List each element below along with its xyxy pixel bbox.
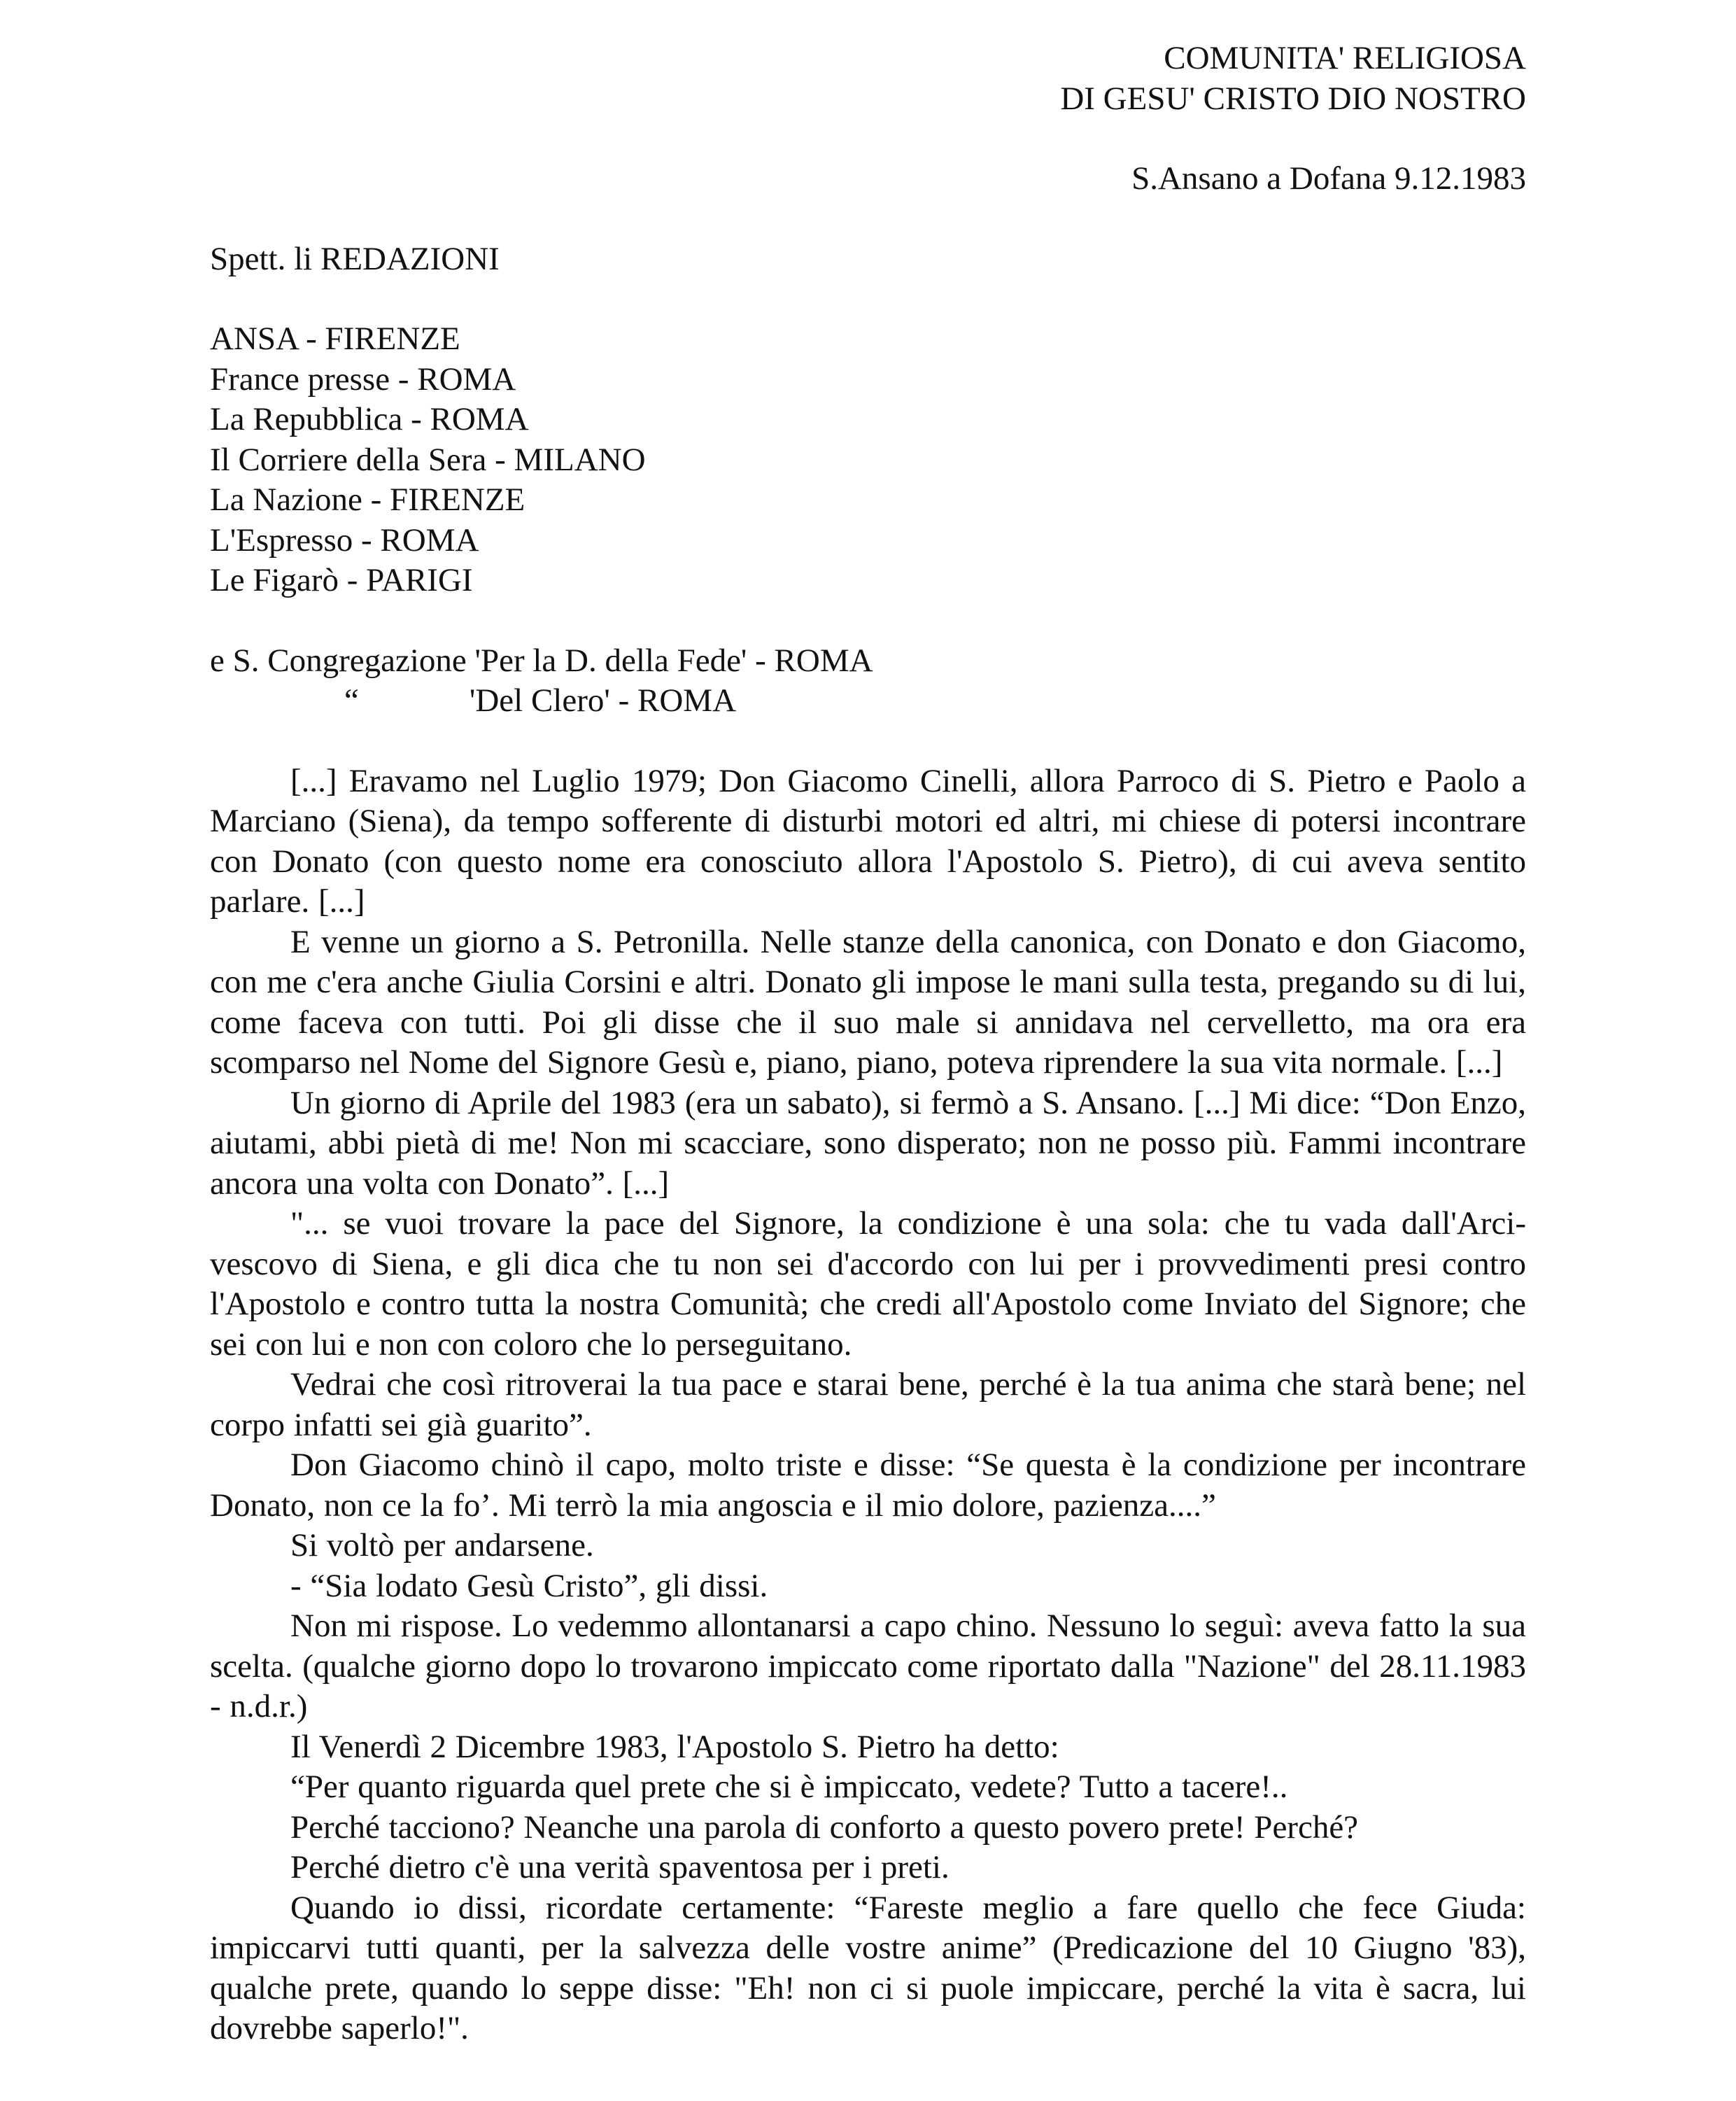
congregation-clero-text: 'Del Clero' - ROMA	[470, 681, 736, 722]
paragraph: Perché tacciono? Neanche una parola di c…	[210, 1808, 1526, 1848]
paragraph: Il Venerdì 2 Dicembre 1983, l'Apostolo S…	[210, 1727, 1526, 1768]
letter-body: [...] Eravamo nel Luglio 1979; Don Giaco…	[210, 761, 1526, 2049]
recipient-line: La Nazione - FIRENZE	[210, 480, 1526, 521]
congregation-line-clero: “'Del Clero' - ROMA	[210, 681, 1526, 722]
recipient-line: France presse - ROMA	[210, 360, 1526, 400]
paragraph: Perché dietro c'è una verità spaventosa …	[210, 1848, 1526, 1888]
salutation: Spett. li REDAZIONI	[210, 239, 1526, 280]
recipient-line: L'Espresso - ROMA	[210, 521, 1526, 561]
paragraph: Un giorno di Aprile del 1983 (era un sab…	[210, 1083, 1526, 1204]
congregation-block: e S. Congregazione 'Per la D. della Fede…	[210, 641, 1526, 722]
letter-page: COMUNITA' RELIGIOSA DI GESU' CRISTO DIO …	[0, 0, 1736, 2101]
recipient-line: Il Corriere della Sera - MILANO	[210, 440, 1526, 481]
recipient-line: La Repubblica - ROMA	[210, 400, 1526, 440]
paragraph: Quando io dissi, ricordate certamente: “…	[210, 1888, 1526, 2049]
paragraph: "... se vuoi trovare la pace del Signore…	[210, 1204, 1526, 1365]
paragraph: [...] Eravamo nel Luglio 1979; Don Giaco…	[210, 761, 1526, 922]
paragraph: “Per quanto riguarda quel prete che si è…	[210, 1767, 1526, 1808]
org-name-line2: DI GESU' CRISTO DIO NOSTRO	[210, 79, 1526, 120]
ditto-mark: “	[344, 681, 359, 722]
recipient-list: ANSA - FIRENZEFrance presse - ROMALa Rep…	[210, 319, 1526, 601]
letterhead: COMUNITA' RELIGIOSA DI GESU' CRISTO DIO …	[210, 38, 1526, 119]
paragraph: E venne un giorno a S. Petronilla. Nelle…	[210, 922, 1526, 1083]
recipient-line: Le Figarò - PARIGI	[210, 561, 1526, 601]
org-name-line1: COMUNITA' RELIGIOSA	[210, 38, 1526, 79]
letter-content: COMUNITA' RELIGIOSA DI GESU' CRISTO DIO …	[210, 38, 1526, 2049]
congregation-line-fede: e S. Congregazione 'Per la D. della Fede…	[210, 641, 1526, 682]
recipient-line: ANSA - FIRENZE	[210, 319, 1526, 360]
paragraph: Non mi rispose. Lo vedemmo allontanarsi …	[210, 1606, 1526, 1727]
paragraph: Vedrai che così ritroverai la tua pace e…	[210, 1365, 1526, 1445]
dateline: S.Ansano a Dofana 9.12.1983	[210, 159, 1526, 199]
paragraph: - “Sia lodato Gesù Cristo”, gli dissi.	[210, 1566, 1526, 1607]
paragraph: Don Giacomo chinò il capo, molto triste …	[210, 1445, 1526, 1526]
paragraph: Si voltò per andarsene.	[210, 1526, 1526, 1566]
